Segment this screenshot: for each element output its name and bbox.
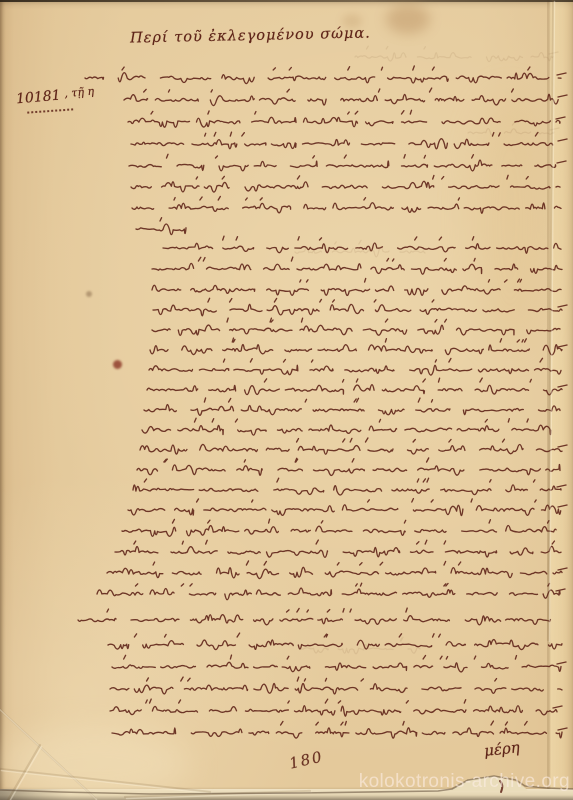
handwriting-line (97, 583, 565, 600)
handwriting-line (115, 540, 561, 557)
handwriting-line (132, 197, 561, 214)
handwriting-line (149, 358, 561, 375)
handwriting-line (144, 398, 560, 415)
margin-date-suffix: , τῇ η (64, 85, 95, 101)
handwriting-line (152, 279, 561, 296)
handwriting-line (150, 338, 567, 355)
watermark: kolokotronis-archive.org (359, 771, 570, 793)
handwriting-line (128, 499, 567, 516)
handwriting-line (147, 378, 567, 395)
handwriting-line (152, 257, 562, 274)
ink-showthrough-line (468, 123, 559, 135)
handwriting-line (152, 318, 560, 335)
handwriting-line (128, 110, 565, 127)
handwriting-line (137, 458, 560, 475)
catchword: μέρη (483, 738, 520, 760)
crease-highlight (2, 771, 212, 794)
handwriting-line (112, 655, 566, 672)
handwriting-line (78, 609, 116, 621)
ink-showthrough-line (295, 240, 425, 257)
scanned-manuscript: Περί τοῦ ἐκλεγομένου σώμα. 10181, τῇ η μ… (0, 0, 573, 800)
handwriting-line (136, 218, 186, 235)
handwriting-line (108, 633, 562, 649)
handwriting-line (131, 175, 560, 192)
ink-showthrough-line (355, 46, 558, 62)
handwriting-line (129, 154, 566, 171)
crease-highlight (0, 707, 97, 800)
handwriting-line (107, 561, 567, 579)
handwriting-line (133, 478, 566, 495)
handwriting-line (131, 608, 550, 625)
handwriting-line (110, 677, 562, 694)
handwriting-line (85, 66, 566, 84)
crease-shadow (0, 769, 210, 792)
handwriting-line (140, 438, 567, 454)
handwriting-line (153, 298, 567, 316)
handwriting-line (131, 132, 567, 149)
handwriting-line (124, 88, 567, 105)
handwriting-line (142, 418, 551, 435)
handwriting-line (110, 699, 562, 716)
handwriting-line (112, 721, 567, 738)
handwriting-line (122, 519, 556, 536)
handwriting-layer (0, 0, 573, 800)
